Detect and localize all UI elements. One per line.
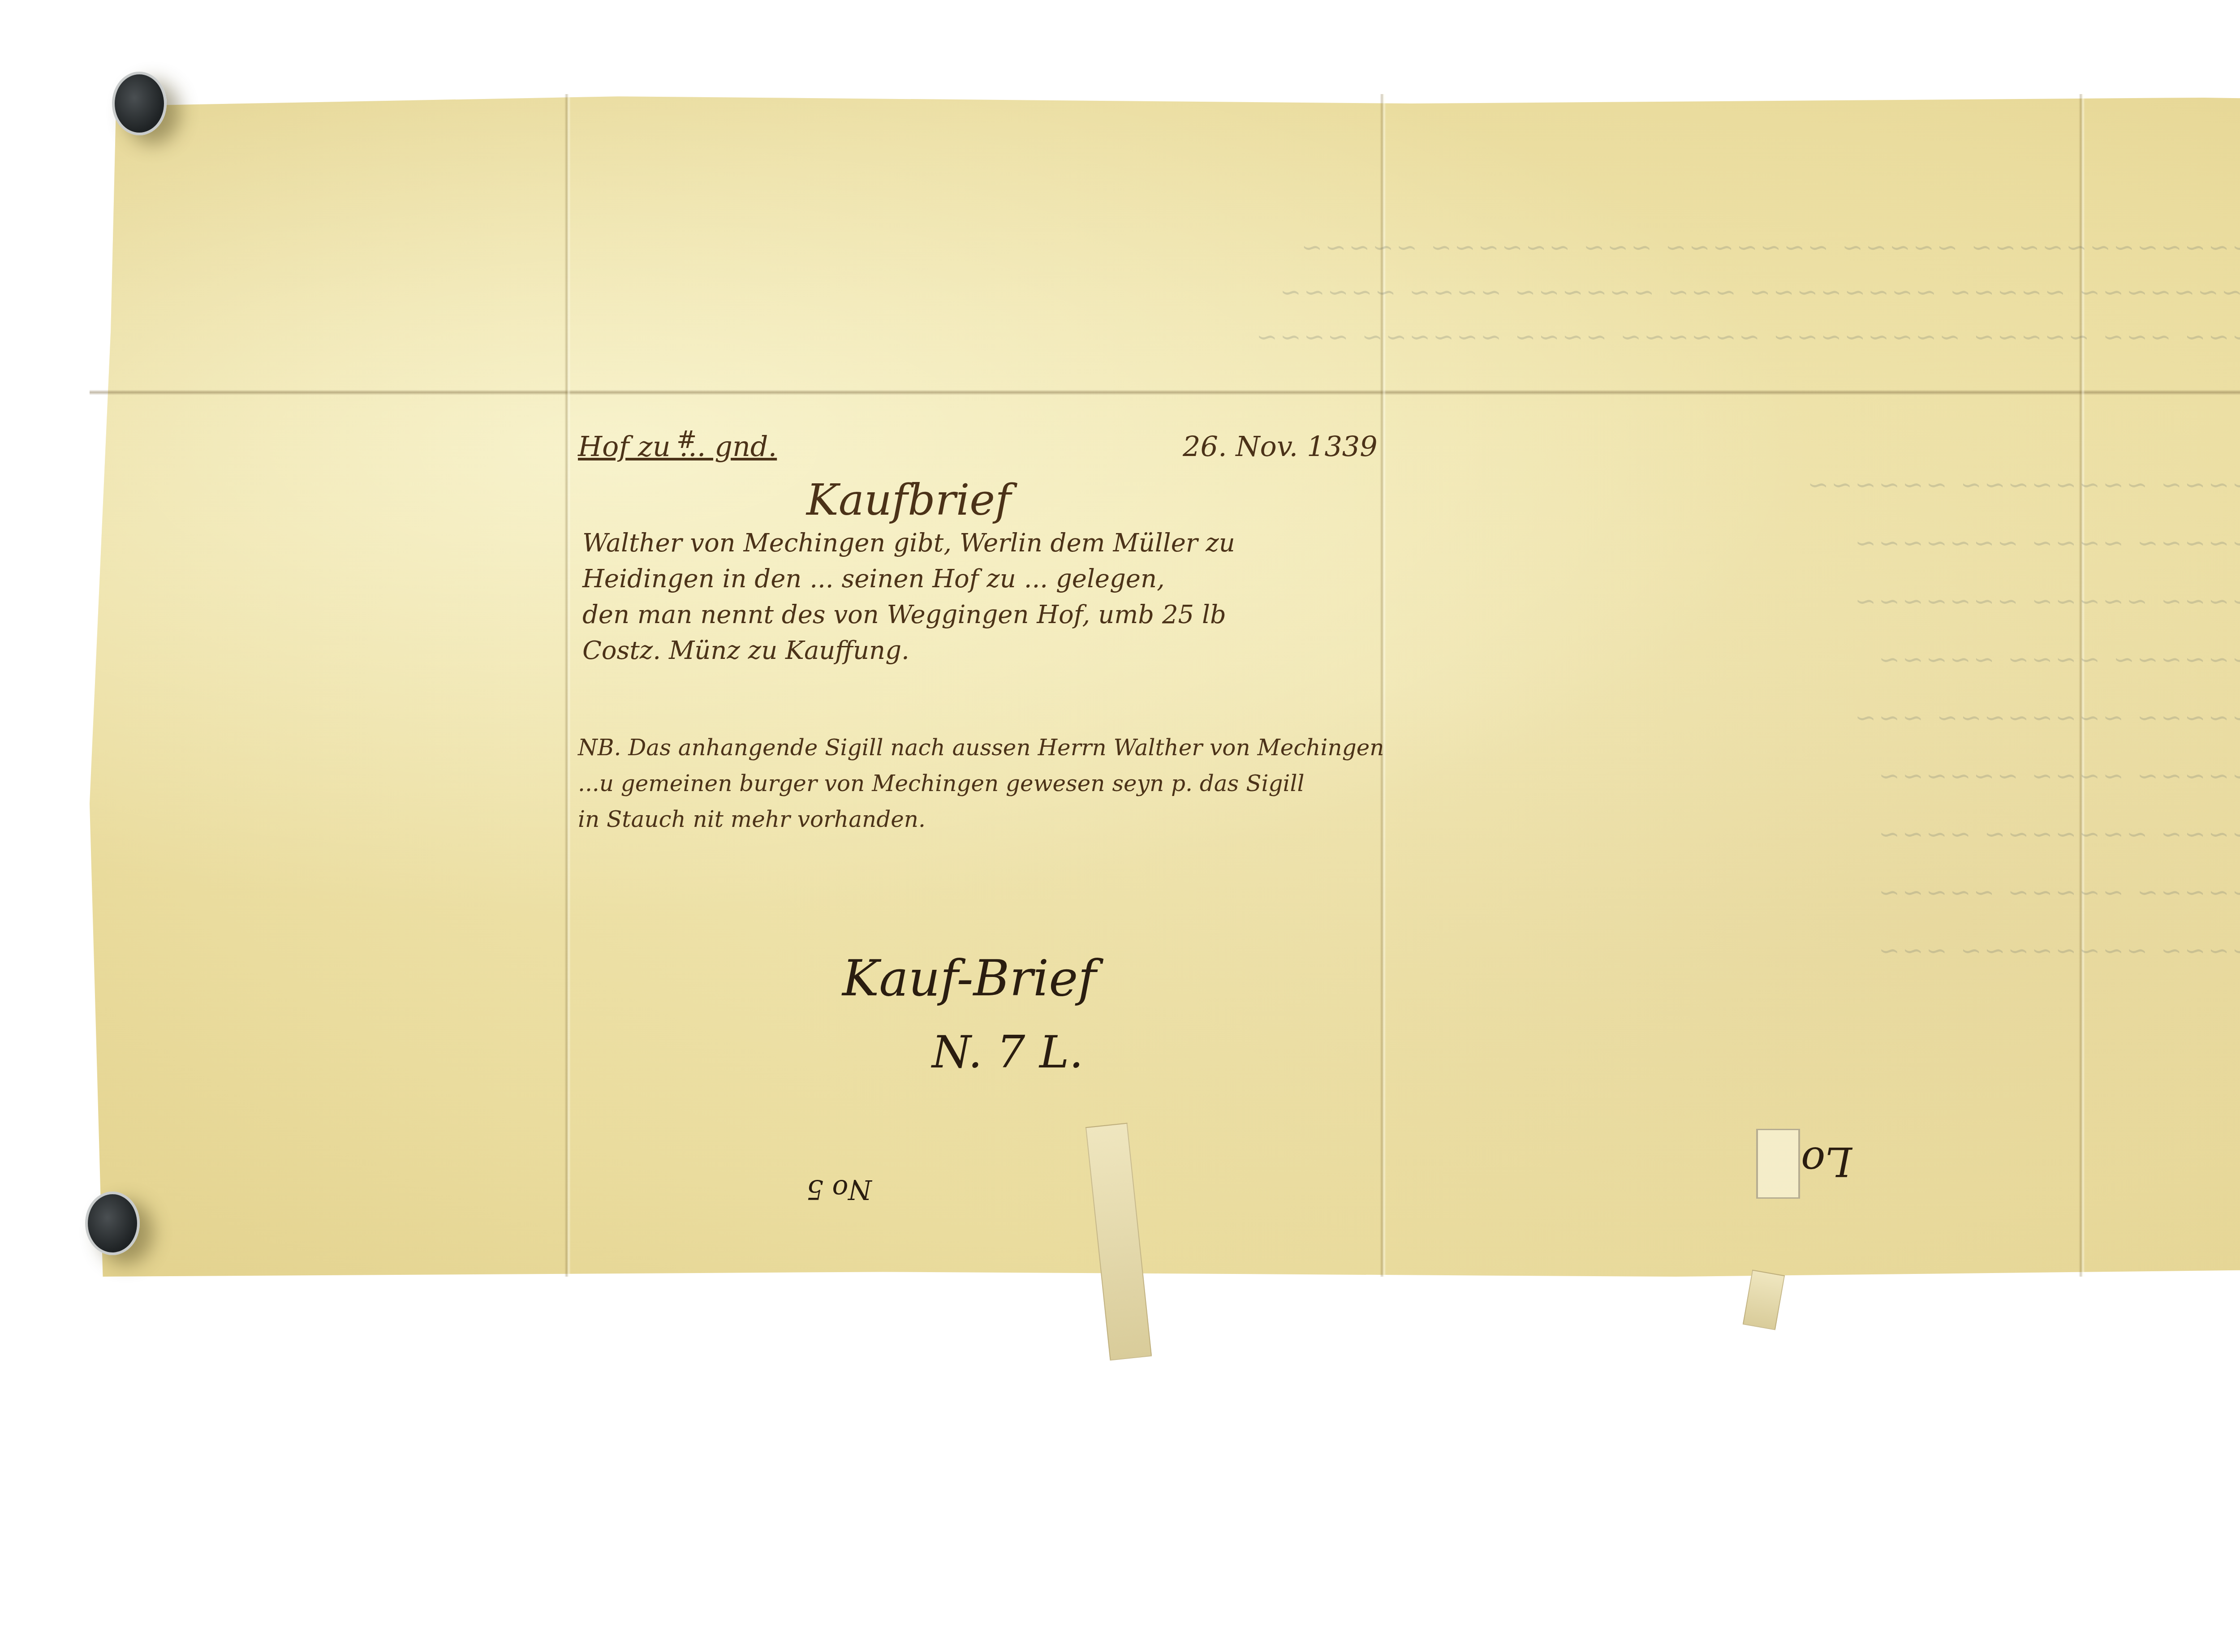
- endorsement-marker: #: [676, 426, 697, 454]
- show-through-text: ~~~~~ ~~ ~~~~~~ ~~~~ ~~~~~~~ ~~~~~ ~~~~~…: [179, 278, 2240, 305]
- seal-strap: [1743, 1270, 1785, 1330]
- show-through-text: ~~~~ ~~~~~~~ ~~~~ ~~~~~~ ~~~~~~~~ ~~~: [1389, 936, 2240, 963]
- bottom-right-mark: Lo: [1801, 1138, 1852, 1185]
- show-through-text: ~~~~ ~~~~~~ ~~~~ ~~~~~~~ ~~~~~ ~~~~~~~: [1389, 587, 2240, 614]
- shelf-mark: No 5: [806, 1174, 872, 1205]
- show-through-text: ~~~~ ~~~~~~~ ~~~~~ ~~~~~~ ~~~~~~~~ ~~~: [1389, 703, 2240, 730]
- show-through-text: ~~~~~ ~~~~ ~~~~~~ ~~~~~~~ ~~~~ ~~~~~~: [1389, 761, 2240, 788]
- note-line: ...u gemeinen burger von Mechingen gewes…: [578, 770, 1304, 796]
- parchment-document: [90, 94, 2240, 1277]
- vertical-fold-line: [1380, 94, 1386, 1277]
- summary-line: Costz. Münz zu Kauffung.: [582, 636, 909, 665]
- vertical-fold-line: [2079, 94, 2085, 1277]
- show-through-text: ~~~~ ~~~~~~~ ~~~~~ ~~~~~~~~~~~~~ ~~~~~ ~…: [582, 233, 2240, 260]
- endorsement-date: 26. Nov. 1339: [1183, 430, 1378, 463]
- magnet-icon: [85, 1192, 140, 1255]
- horizontal-fold-line: [90, 390, 2240, 395]
- note-line: NB. Das anhangende Sigill nach aussen He…: [578, 735, 1384, 761]
- vertical-fold-line: [564, 94, 571, 1277]
- show-through-text: ~~~~ ~~~~~~ ~~~~~~~ ~~~~ ~~~~~~~ ~~~~: [1389, 820, 2240, 847]
- roman-numeral-box: [1756, 1129, 1800, 1199]
- show-through-text: ~~~~~~ ~~~~ ~~~~~ ~~~~~~~ ~~~~~ ~~~~~: [1389, 878, 2240, 905]
- magnet-icon: [112, 72, 167, 135]
- note-line: in Stauch nit mehr vorhanden.: [578, 806, 926, 832]
- show-through-text: ~~~~ ~~~~~ ~~~~~~~ ~~~~ ~~~ ~~~~~ ~~~~~~…: [179, 323, 2240, 349]
- signature-title: Kauf-Brief: [842, 950, 1096, 1007]
- endorsement-title: Kaufbrief: [806, 475, 1011, 525]
- signature-number: N. 7 L.: [932, 1026, 1083, 1078]
- summary-line: Walther von Mechingen gibt, Werlin dem M…: [582, 529, 1235, 558]
- show-through-text: ~~~~ ~~~~~~~ ~~~~~~ ~~~~ ~~~~~~~~ ~~~~~~: [1389, 470, 2240, 497]
- summary-line: Heidingen in den ... seinen Hof zu ... g…: [582, 564, 1165, 594]
- show-through-text: ~~~~~ ~~~~ ~~~~~~~ ~~~~~~ ~~~~ ~~~~~~~: [1389, 529, 2240, 555]
- show-through-text: ~~~~~~ ~~~~ ~~~~~ ~~~~~~~~ ~~~~ ~~~~~: [1389, 645, 2240, 672]
- summary-line: den man nennt des von Weggingen Hof, umb…: [582, 600, 1226, 629]
